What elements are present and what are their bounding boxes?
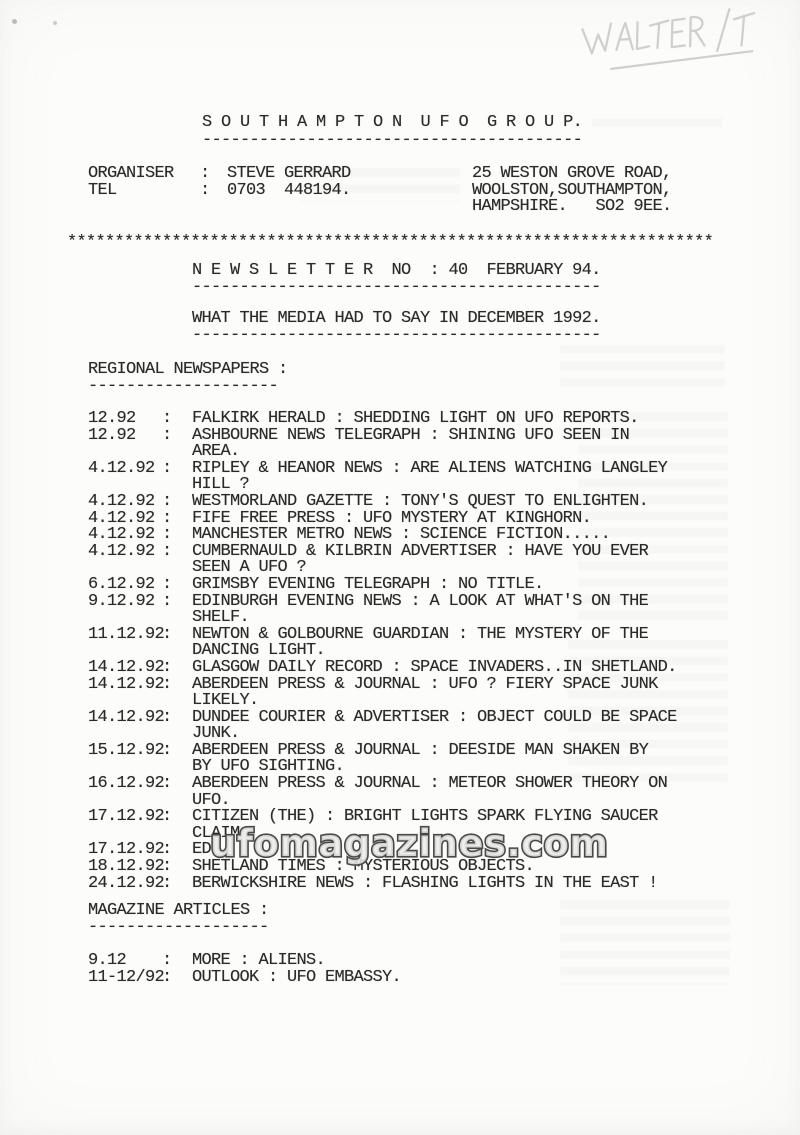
entry-text: DUNDEE COURIER & ADVERTISER : OBJECT COU…: [192, 710, 677, 727]
group-title-block: S O U T H A M P T O N U F O G R O U P. -…: [202, 114, 582, 150]
entry-row: 9.12.92:EDINBURGH EVENING NEWS : A LOOK …: [88, 594, 677, 611]
entry-row: 24.12.92:BERWICKSHIRE NEWS : FLASHING LI…: [88, 876, 677, 893]
entry-text: RIPLEY & HEANOR NEWS : ARE ALIENS WATCHI…: [192, 461, 667, 478]
address-line: HAMPSHIRE. SO2 9EE.: [472, 199, 672, 216]
scanned-newsletter-page: S O U T H A M P T O N U F O G R O U P. -…: [0, 0, 800, 1135]
entry-colon: :: [162, 710, 192, 727]
entry-colon: :: [162, 461, 192, 478]
entry-date: 14.12.92: [88, 710, 162, 727]
entry-date: 14.12.92: [88, 677, 162, 694]
magazine-heading-underline: -------------------: [88, 920, 269, 937]
regional-heading-block: REGIONAL NEWSPAPERS : ------------------…: [88, 362, 288, 395]
entry-colon: :: [162, 660, 192, 677]
magazine-entries-list: 9.12:MORE : ALIENS.11-12/92:OUTLOOK : UF…: [88, 953, 401, 986]
watermark: ufomagazines.com: [210, 822, 608, 866]
entry-row: 11-12/92:OUTLOOK : UFO EMBASSY.: [88, 970, 401, 987]
bleed-through-artifact: [560, 345, 725, 395]
media-heading-block: WHAT THE MEDIA HAD TO SAY IN DECEMBER 19…: [192, 311, 601, 344]
entry-text: GLASGOW DAILY RECORD : SPACE INVADERS..I…: [192, 660, 677, 677]
entry-row: 14.12.92:DUNDEE COURIER & ADVERTISER : O…: [88, 710, 677, 727]
entry-row: 4.12.92:CUMBERNAULD & KILBRIN ADVERTISER…: [88, 544, 677, 561]
magazine-heading-block: MAGAZINE ARTICLES : -------------------: [88, 903, 269, 936]
scan-speck: [53, 21, 57, 25]
entry-date: 9.12.92: [88, 594, 162, 611]
entry-row: 12.92:ASHBOURNE NEWS TELEGRAPH : SHINING…: [88, 428, 677, 445]
group-title: S O U T H A M P T O N U F O G R O U P.: [202, 114, 582, 132]
entry-text: BERWICKSHIRE NEWS : FLASHING LIGHTS IN T…: [192, 876, 658, 893]
entry-colon: :: [162, 809, 192, 826]
entry-row: 14.12.92:ABERDEEN PRESS & JOURNAL : UFO …: [88, 677, 677, 694]
entry-date: 17.12.92: [88, 809, 162, 826]
entry-date: 4.12.92: [88, 461, 162, 478]
entry-colon: :: [162, 627, 192, 644]
entry-date: 11.12.92: [88, 627, 162, 644]
entry-text: ABERDEEN PRESS & JOURNAL : UFO ? FIERY S…: [192, 677, 658, 694]
entry-colon: :: [162, 594, 192, 611]
entry-text: ABERDEEN PRESS & JOURNAL : METEOR SHOWER…: [192, 776, 667, 793]
tel-colon: :: [200, 183, 227, 200]
entry-date: 24.12.92: [88, 876, 162, 893]
entry-date: 11-12/92: [88, 970, 162, 987]
entry-colon: :: [162, 743, 192, 760]
bleed-through-artifact: [560, 900, 730, 985]
entry-date: 14.12.92: [88, 660, 162, 677]
entry-date: 16.12.92: [88, 776, 162, 793]
entry-colon: :: [162, 544, 192, 561]
entry-colon: :: [162, 876, 192, 893]
entry-date: 15.12.92: [88, 743, 162, 760]
newsletter-underline: ----------------------------------------…: [192, 280, 601, 297]
tel-label: TEL: [88, 183, 200, 200]
entry-row: 11.12.92:NEWTON & GOLBOURNE GUARDIAN : T…: [88, 627, 677, 644]
regional-heading-underline: --------------------: [88, 379, 288, 396]
asterisk-separator: ****************************************…: [67, 234, 713, 252]
entry-row: 16.12.92:ABERDEEN PRESS & JOURNAL : METE…: [88, 776, 677, 793]
newsletter-heading-block: N E W S L E T T E R NO : 40 FEBRUARY 94.…: [192, 263, 601, 296]
entry-row: 4.12.92:RIPLEY & HEANOR NEWS : ARE ALIEN…: [88, 461, 677, 478]
group-title-underline: ----------------------------------------: [202, 132, 582, 150]
entry-colon: :: [162, 428, 192, 445]
handwritten-note: [575, 6, 770, 78]
entry-colon: :: [162, 677, 192, 694]
scan-speck: [12, 19, 17, 24]
regional-entries-list: 12.92:FALKIRK HERALD : SHEDDING LIGHT ON…: [88, 411, 677, 892]
entry-date: 4.12.92: [88, 544, 162, 561]
tel-value: 0703 448194.: [227, 183, 351, 200]
bleed-through-artifact: [592, 118, 722, 134]
entry-text: OUTLOOK : UFO EMBASSY.: [192, 970, 401, 987]
contact-block: ORGANISER : STEVE GERRARD TEL : 0703 448…: [88, 166, 351, 199]
tel-row: TEL : 0703 448194.: [88, 183, 351, 200]
address-block: 25 WESTON GROVE ROAD, WOOLSTON,SOUTHAMPT…: [472, 166, 672, 216]
entry-row: 15.12.92:ABERDEEN PRESS & JOURNAL : DEES…: [88, 743, 677, 760]
entry-row: 14.12.92:GLASGOW DAILY RECORD : SPACE IN…: [88, 660, 677, 677]
entry-colon: :: [162, 970, 192, 987]
entry-text: EDINBURGH EVENING NEWS : A LOOK AT WHAT'…: [192, 594, 648, 611]
entry-text: ASHBOURNE NEWS TELEGRAPH : SHINING UFO S…: [192, 428, 629, 445]
entry-date: 12.92: [88, 428, 162, 445]
entry-colon: :: [162, 776, 192, 793]
media-underline: ----------------------------------------…: [192, 328, 601, 345]
